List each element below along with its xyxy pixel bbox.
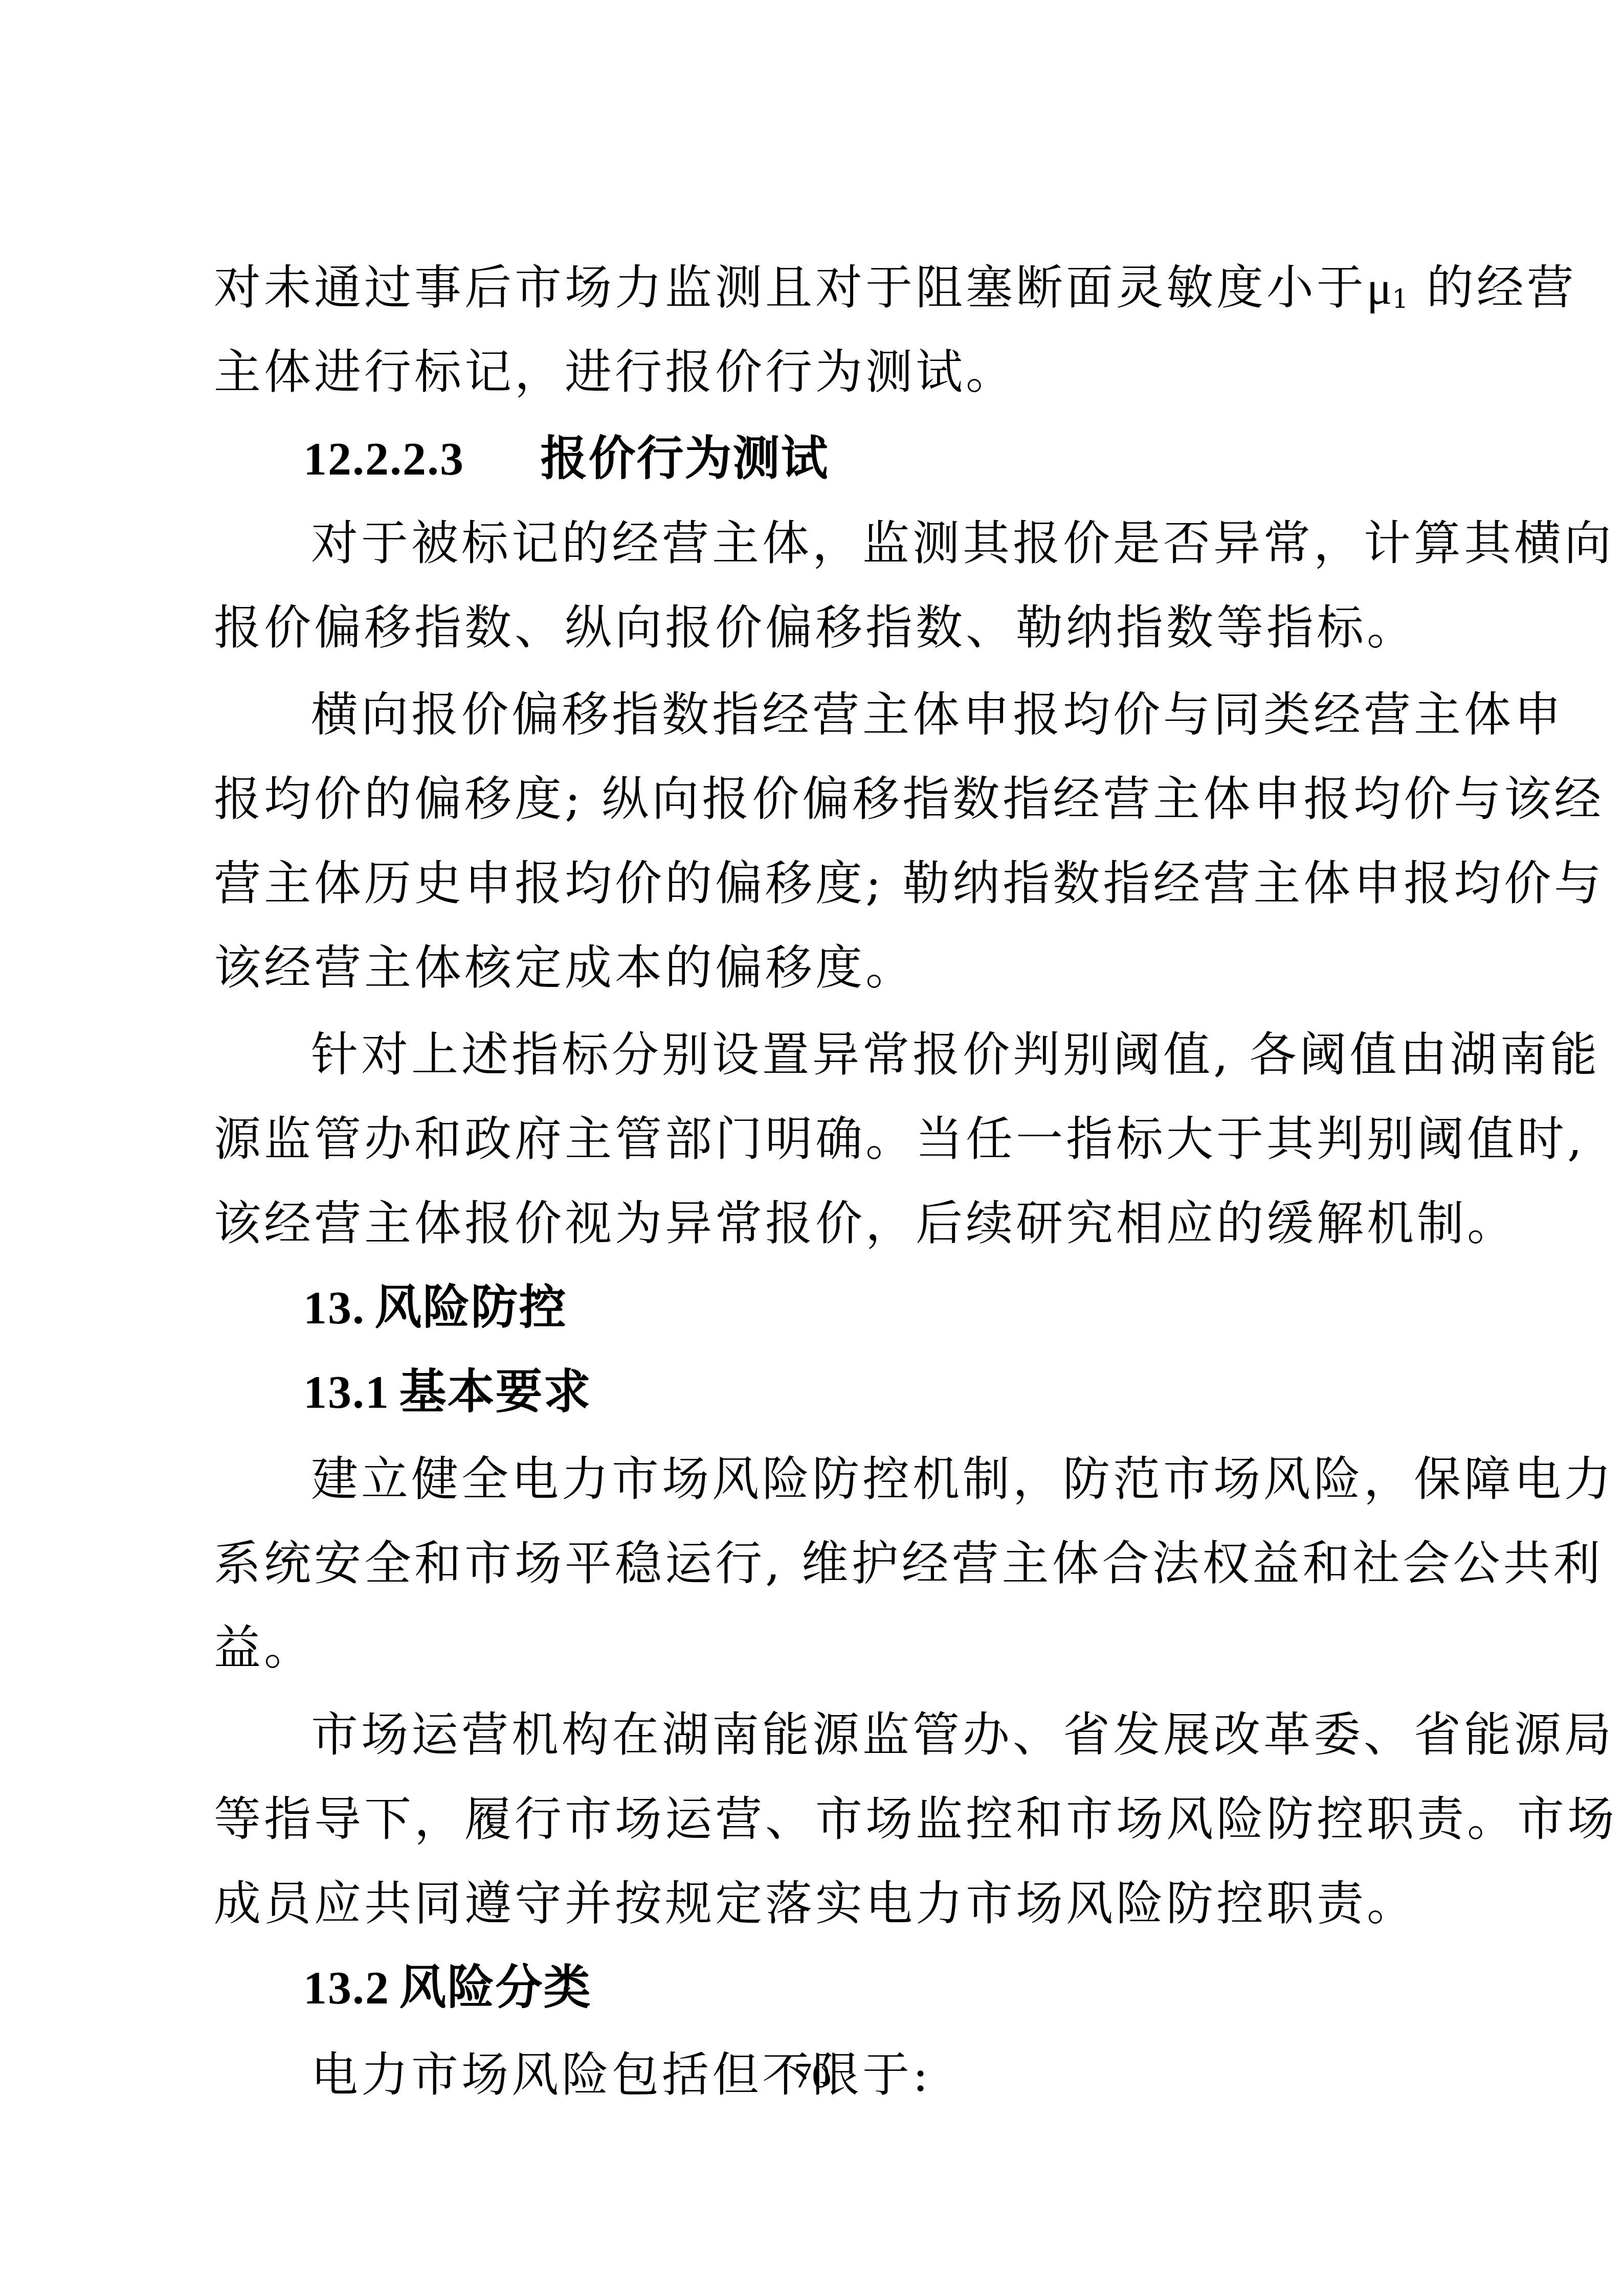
paragraph-line: 成员应共同遵守并按规定落实电力市场风险防控职责。 xyxy=(214,1861,1417,1946)
mu-symbol: μ xyxy=(1367,262,1392,314)
heading-title: 风险防控 xyxy=(374,1281,567,1334)
paragraph-line: 报价偏移指数、纵向报价偏移指数、勒纳指数等指标。 xyxy=(214,586,1417,670)
paragraph-line: 营主体历史申报均价的偏移度; 勒纳指数指经营主体申报均价与 xyxy=(214,841,1421,926)
paragraph-line: 横向报价偏移指数指经营主体申报均价与同类经营主体申 xyxy=(214,672,1421,757)
paragraph-line: 对未通过事后市场力监测且对于阻塞断面灵敏度小于μ1 的经营 xyxy=(214,245,1421,330)
heading-title: 报价行为测试 xyxy=(540,433,829,485)
paragraph-line: 该经营主体报价视为异常报价，后续研究相应的缓解机制。 xyxy=(214,1181,1517,1266)
paragraph-line: 等指导下，履行市场运营、市场监控和市场风险防控职责。市场 xyxy=(214,1777,1421,1861)
paragraph-line: 市场运营机构在湖南能源监管办、省发展改革委、省能源局 xyxy=(214,1693,1421,1777)
paragraph-line: 主体进行标记，进行报价行为测试。 xyxy=(214,330,1016,414)
paragraph-line: 益。 xyxy=(214,1606,314,1690)
paragraph-line: 该经营主体核定成本的偏移度。 xyxy=(214,926,916,1010)
paragraph-line: 建立健全电力市场风险防控机制，防范市场风险，保障电力 xyxy=(214,1437,1421,1521)
paragraph-line: 系统安全和市场平稳运行, 维护经营主体合法权益和社会公共利 xyxy=(214,1521,1421,1606)
paragraph-line: 对于被标记的经营主体，监测其报价是否异常，计算其横向 xyxy=(214,501,1421,586)
paragraph-line: 报均价的偏移度; 纵向报价偏移指数指经营主体申报均价与该经 xyxy=(214,757,1421,841)
section-heading-13: 13.风险防控 xyxy=(214,1266,567,1350)
section-heading-12-2-2-3: 12.2.2.3报价行为测试 xyxy=(214,417,829,501)
mu-subscript: 1 xyxy=(1392,284,1408,314)
text-segment: 的经营 xyxy=(1409,260,1577,315)
section-heading-13-1: 13.1基本要求 xyxy=(214,1350,591,1434)
heading-title: 风险分类 xyxy=(399,1962,591,2014)
heading-title: 基本要求 xyxy=(399,1366,591,1418)
page-number: 70 xyxy=(0,2056,1624,2097)
text-segment: 对未通过事后市场力监测且对于阻塞断面灵敏度小于 xyxy=(214,260,1367,315)
paragraph-line: 源监管办和政府主管部门明确。当任一指标大于其判别阈值时, xyxy=(214,1097,1421,1181)
paragraph-line: 针对上述指标分别设置异常报价判别阈值, 各阈值由湖南能 xyxy=(214,1012,1421,1097)
heading-number: 13. xyxy=(303,1281,365,1334)
heading-number: 13.2 xyxy=(303,1962,390,2014)
heading-number: 12.2.2.3 xyxy=(303,433,464,485)
heading-number: 13.1 xyxy=(303,1366,390,1418)
section-heading-13-2: 13.2风险分类 xyxy=(214,1946,591,2030)
